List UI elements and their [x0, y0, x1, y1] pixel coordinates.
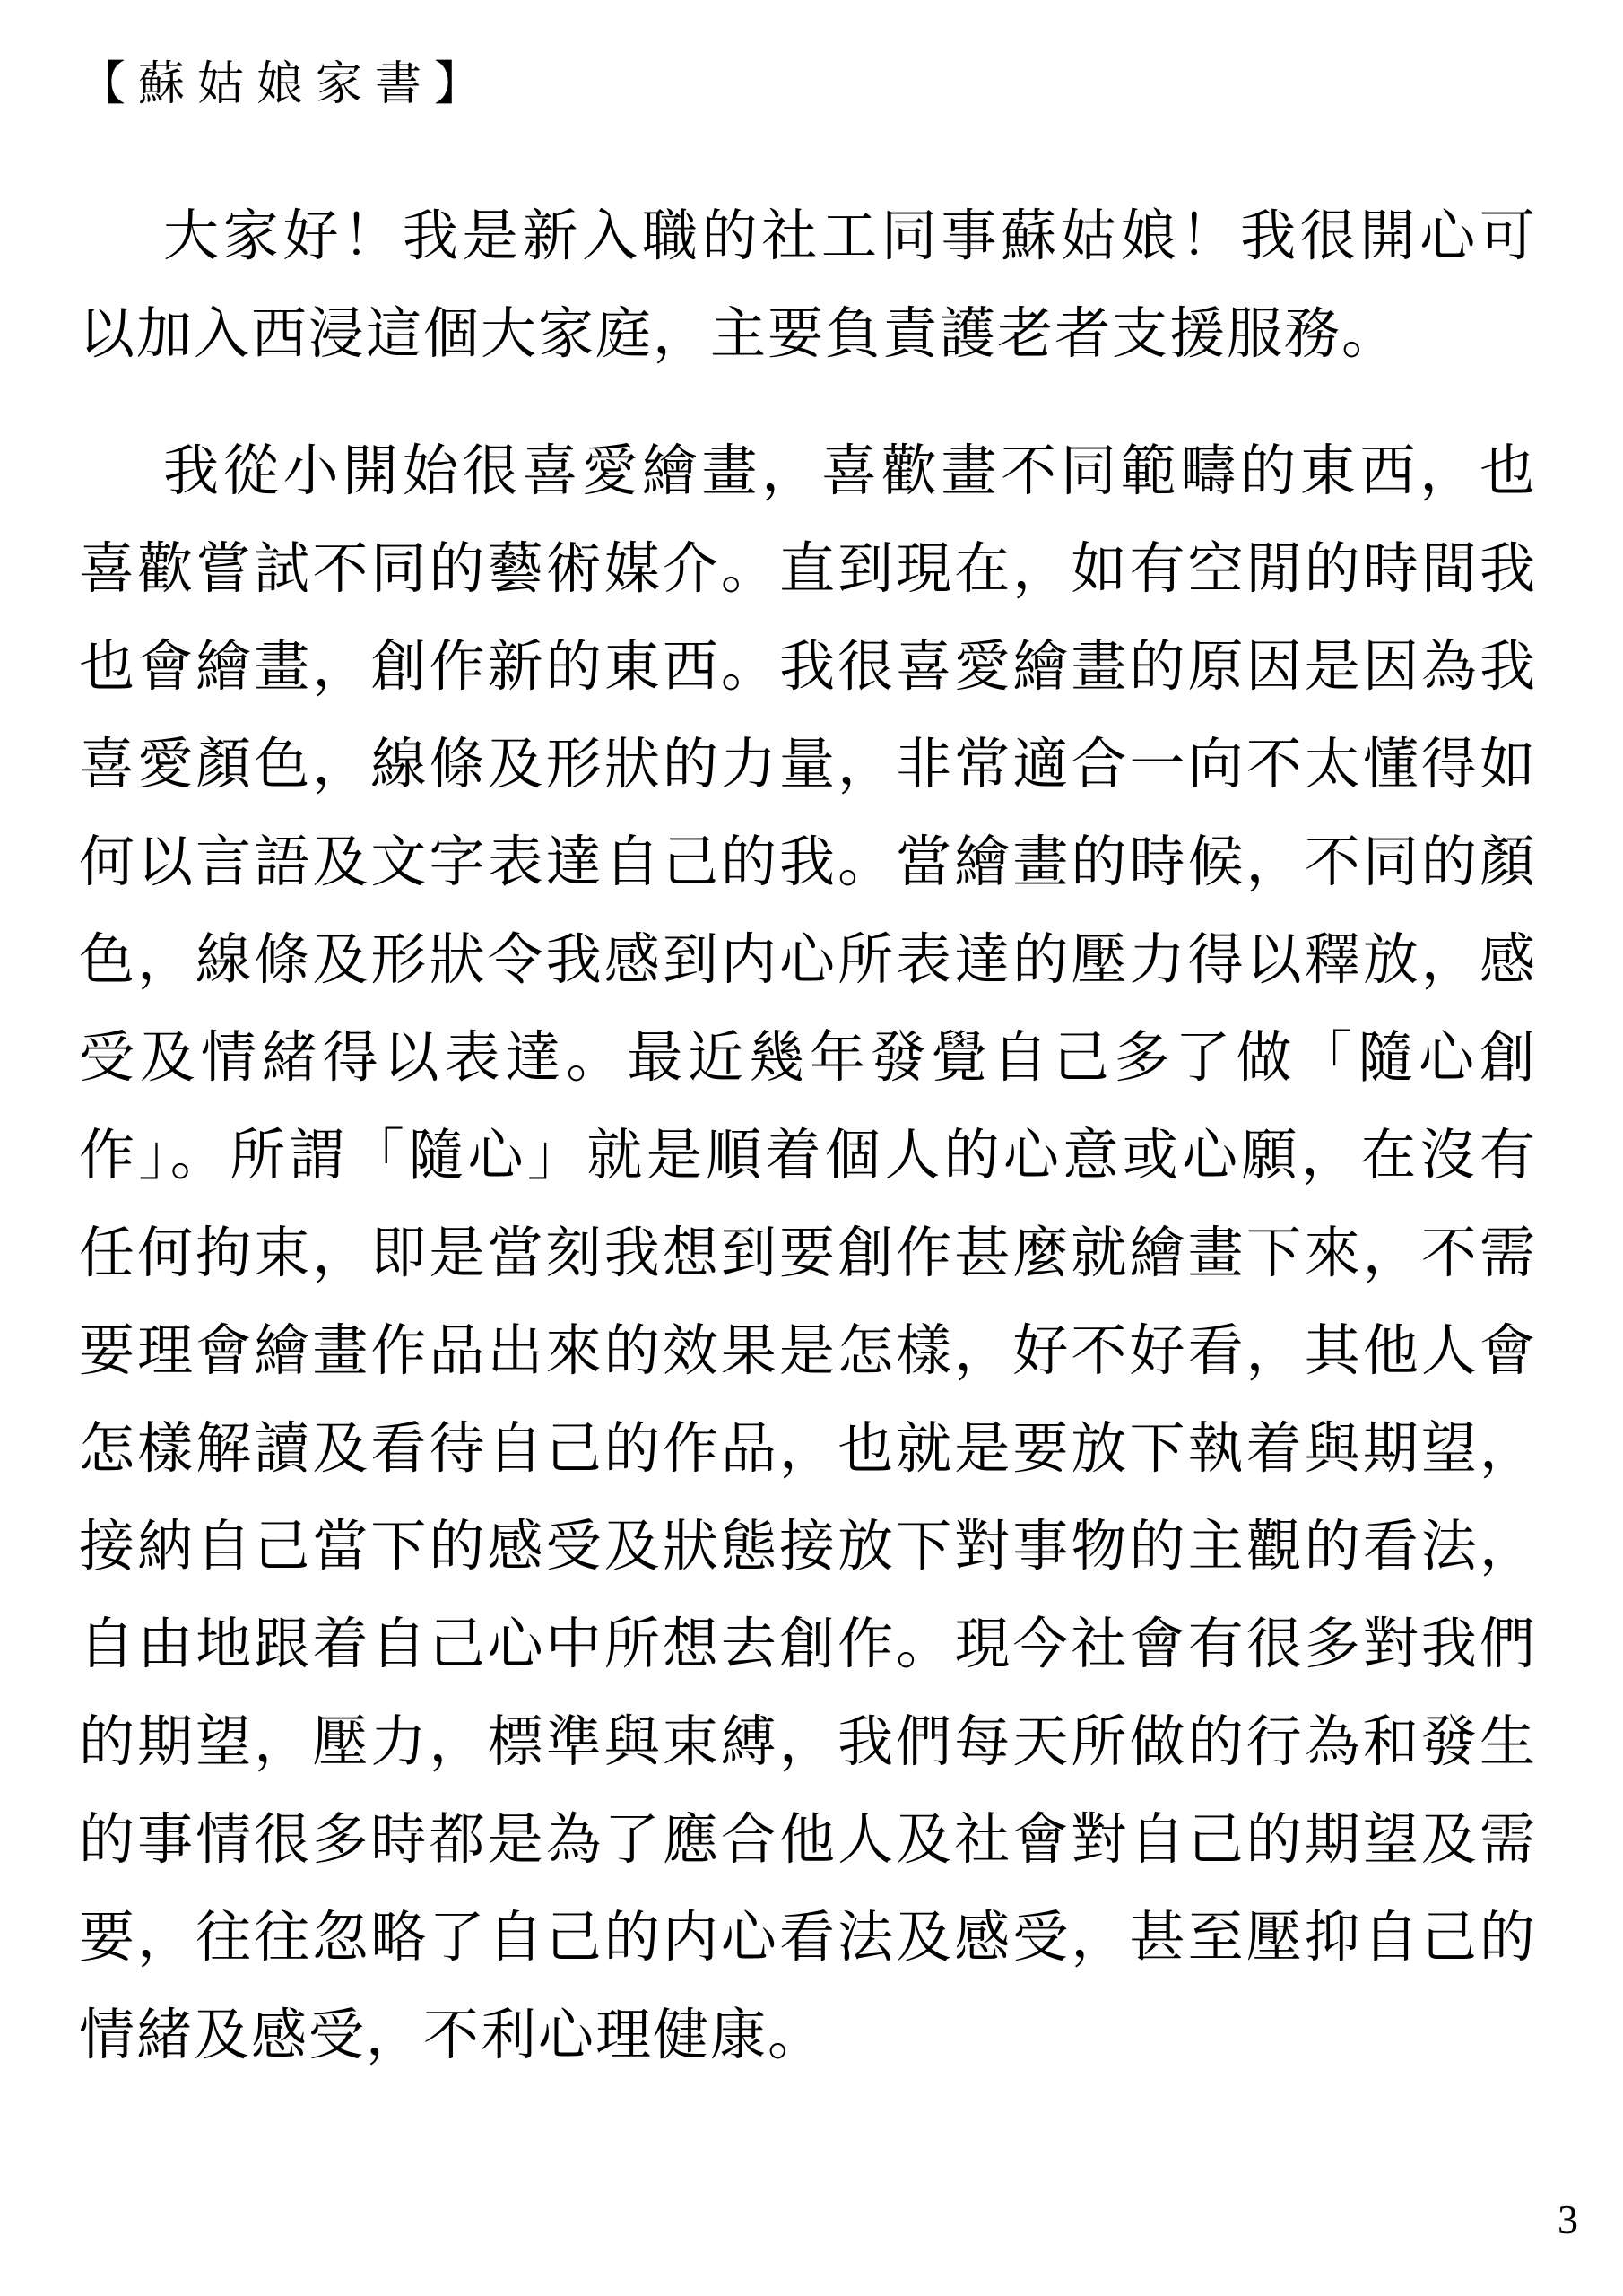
text-line: 情緒及感受，不利心理健康。 — [79, 1987, 1537, 2085]
text-line: 的事情很多時都是為了應合他人及社會對自己的期望及需 — [79, 1792, 1537, 1890]
text-line: 喜愛顏色，線條及形狀的力量，非常適合一向不太懂得如 — [79, 717, 1537, 814]
text-line: 任何拘束，即是當刻我想到要創作甚麼就繪畫下來，不需 — [79, 1205, 1537, 1303]
text-line: 要理會繪畫作品出來的效果是怎樣，好不好看，其他人會 — [79, 1303, 1537, 1401]
text-line: 作」。所謂「隨心」就是順着個人的心意或心願，在沒有 — [79, 1108, 1537, 1205]
text-line: 色，線條及形狀令我感到内心所表達的壓力得以釋放，感 — [79, 912, 1537, 1010]
text-line: 以加入西浸這個大家庭，主要負責護老者支援服務。 — [79, 286, 1537, 384]
text-line: 我從小開始很喜愛繪畫，喜歡畫不同範疇的東西，也 — [79, 423, 1537, 521]
document-body: 大家好！我是新入職的社工同事蘇姑娘！我很開心可以加入西浸這個大家庭，主要負責護老… — [79, 188, 1537, 2085]
text-line: 要，往往忽略了自己的内心看法及感受，甚至壓抑自己的 — [79, 1890, 1537, 1987]
text-line: 何以言語及文字表達自己的我。當繪畫的時候，不同的顏 — [79, 814, 1537, 912]
text-line: 怎樣解讀及看待自己的作品，也就是要放下執着與期望， — [79, 1401, 1537, 1499]
text-line: 接納自己當下的感受及狀態接放下對事物的主觀的看法， — [79, 1499, 1537, 1596]
text-line: 受及情緒得以表達。最近幾年發覺自己多了做「隨心創 — [79, 1010, 1537, 1108]
document-page: 【蘇姑娘家書】 大家好！我是新入職的社工同事蘇姑娘！我很開心可以加入西浸這個大家… — [0, 0, 1623, 2296]
text-line: 也會繪畫，創作新的東西。我很喜愛繪畫的原因是因為我 — [79, 619, 1537, 717]
text-line: 喜歡嘗試不同的藝術媒介。直到現在，如有空閒的時間我 — [79, 521, 1537, 619]
paragraph: 大家好！我是新入職的社工同事蘇姑娘！我很開心可以加入西浸這個大家庭，主要負責護老… — [79, 188, 1537, 384]
text-line: 大家好！我是新入職的社工同事蘇姑娘！我很開心可 — [79, 188, 1537, 286]
text-line: 的期望，壓力，標準與束縛，我們每天所做的行為和發生 — [79, 1694, 1537, 1792]
document-title: 【蘇姑娘家書】 — [79, 36, 1537, 135]
page-number: 3 — [1558, 2199, 1578, 2240]
text-line: 自由地跟着自己心中所想去創作。現今社會有很多對我們 — [79, 1596, 1537, 1694]
paragraph: 我從小開始很喜愛繪畫，喜歡畫不同範疇的東西，也喜歡嘗試不同的藝術媒介。直到現在，… — [79, 423, 1537, 2085]
